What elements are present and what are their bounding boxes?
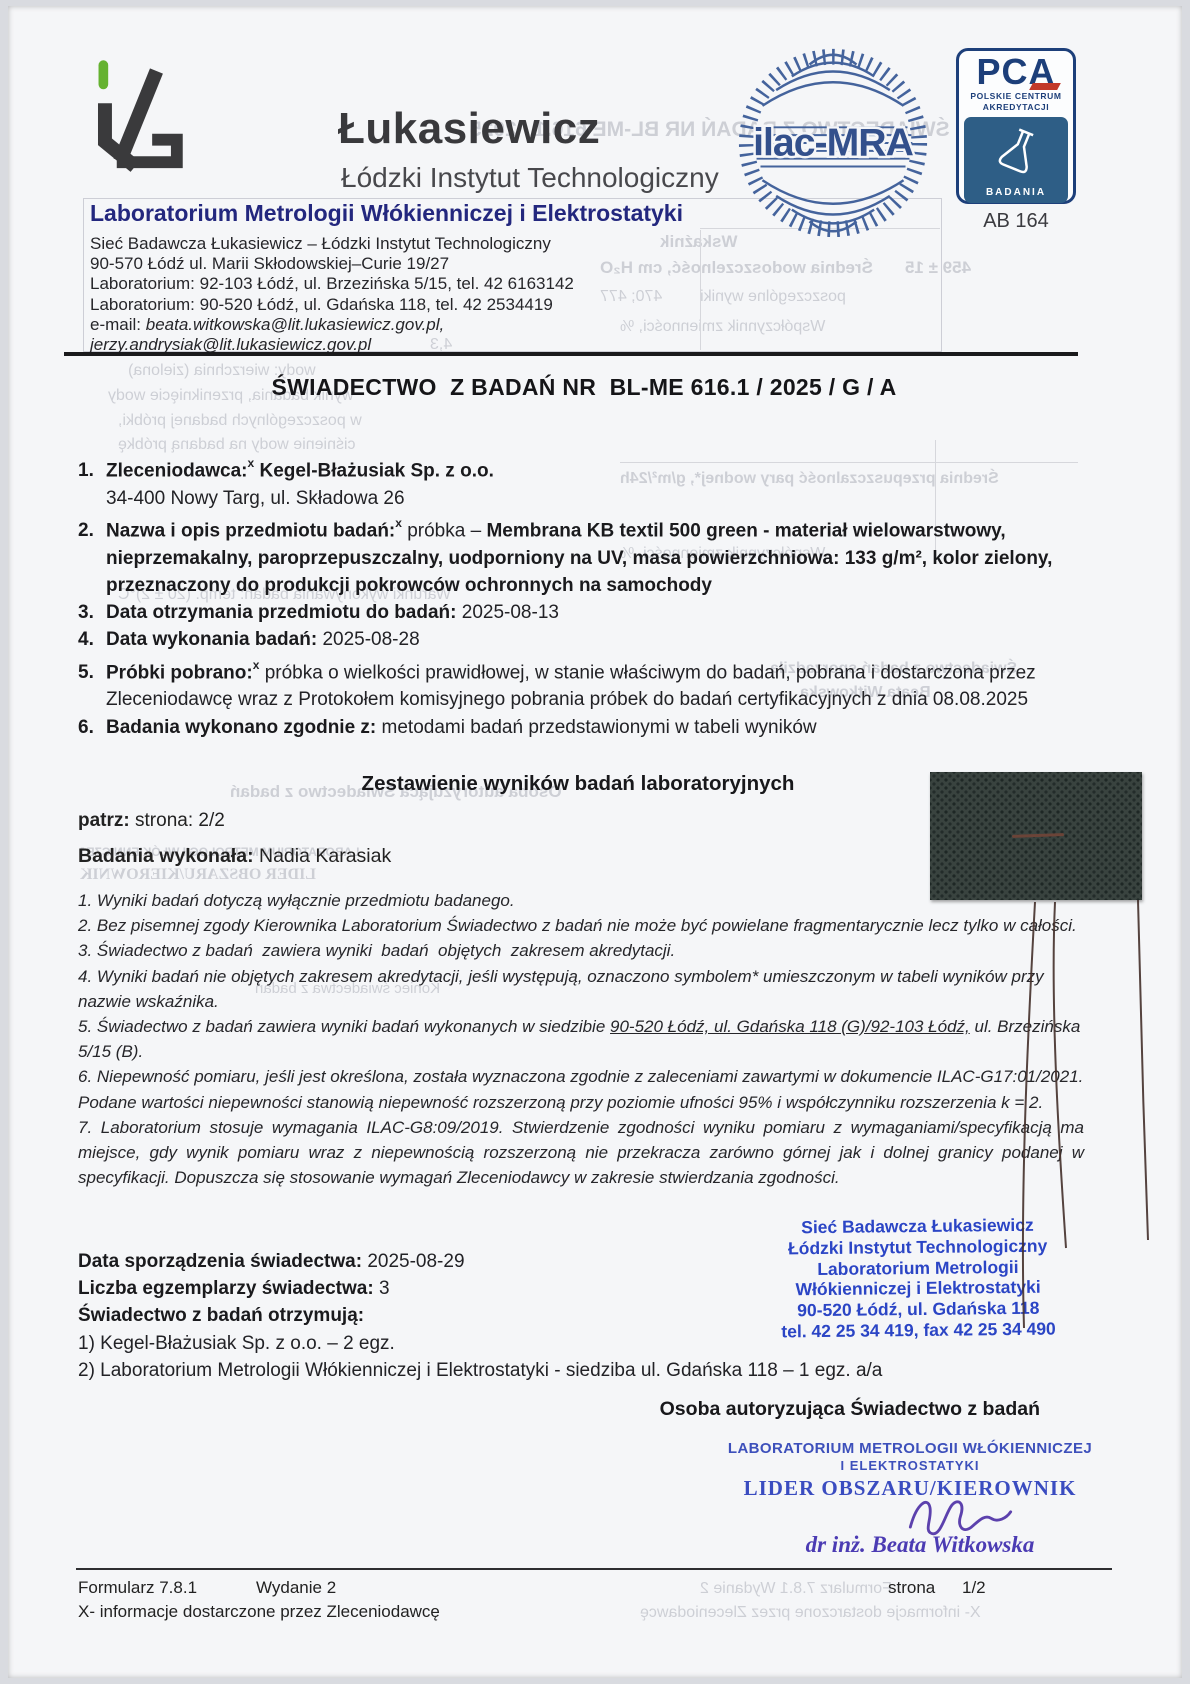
footer-form-number: Formularz 7.8.1 <box>78 1578 197 1598</box>
bleedthrough-text: w poszczególnych badanej próbki, <box>118 412 362 430</box>
address-line: Sieć Badawcza Łukasiewicz – Łódzki Insty… <box>90 234 574 254</box>
footer-edition: Wydanie 2 <box>256 1578 336 1598</box>
stamp-lab-line: LABORATORIUM METROLOGII WŁÓKIENNICZEJ <box>700 1440 1120 1457</box>
pca-red-accent <box>1029 83 1061 90</box>
bleedthrough-text: X- informacje dostarczone przez Zlecenio… <box>640 1604 981 1622</box>
underlined-address: 90-520 Łódź, ul. Gdańska 118 (G)/92-103 … <box>610 1017 970 1036</box>
flask-icon <box>994 123 1044 179</box>
stamp-line: Łódzki Instytut Technologiczny <box>768 1235 1068 1259</box>
pca-badania-panel: BADANIA <box>964 117 1068 203</box>
note-7: 7. Laboratorium stosuje wymagania ILAC-G… <box>78 1115 1084 1191</box>
bleedthrough-text: LIDER OBSZARU/KIEROWNIK <box>80 866 316 884</box>
issue-date-line: Data sporządzenia świadectwa: 2025-08-29 <box>78 1248 882 1275</box>
recipient-2: 2) Laboratorium Metrologii Włókienniczej… <box>78 1357 882 1384</box>
certificate-title: ŚWIADECTWO Z BADAŃ NR BL-ME 616.1 / 2025… <box>78 374 1090 401</box>
performed-by-line: Badania wykonała: Nadia Karasiak <box>78 845 391 868</box>
copies-line: Liczba egzemplarzy świadectwa: 3 <box>78 1275 882 1302</box>
item-przedmiot-badan: 2.Nazwa i opis przedmiotu badań:x próbka… <box>78 512 1078 599</box>
footer-page-label: strona <box>888 1578 935 1598</box>
svg-text:ilac-MRA: ilac-MRA <box>753 122 913 165</box>
footer-page-value: 1/2 <box>962 1578 986 1598</box>
note-3: 3. Świadectwo z badań zawiera wyniki bad… <box>78 938 1084 963</box>
note-5: 5. Świadectwo z badań zawiera wyniki bad… <box>78 1014 1084 1064</box>
lab-address-block: Sieć Badawcza Łukasiewicz – Łódzki Insty… <box>90 234 574 355</box>
header-rule <box>64 352 1078 356</box>
stamp-line: Sieć Badawcza Łukasiewicz <box>767 1214 1067 1238</box>
pca-badania-label: BADANIA <box>964 187 1068 198</box>
pca-acronym: PCA <box>959 53 1073 91</box>
issue-block: Data sporządzenia świadectwa: 2025-08-29… <box>78 1248 882 1384</box>
address-line: 90-570 Łódź ul. Marii Skłodowskiej–Curie… <box>90 254 574 274</box>
see-page-line: patrz: strona: 2/2 <box>78 810 225 832</box>
note-4: 4. Wyniki badań nie objętych zakresem ak… <box>78 964 1084 1014</box>
footer-rule <box>76 1568 1112 1570</box>
fabric-sample <box>930 772 1142 900</box>
email-address: beata.witkowska@lit.lukasiewicz.gov.pl, <box>146 315 445 334</box>
authorizing-person-label: Osoba autoryzująca Świadectwo z badań <box>558 1398 1040 1421</box>
item-data-otrzymania: 3.Data otrzymania przedmiotu do badań: 2… <box>78 599 1078 626</box>
item-zleceniodawca: 1.Zleceniodawca:x Kegel-Błażusiak Sp. z … <box>78 452 1078 512</box>
handwritten-signature <box>903 1490 1018 1538</box>
lab-address-stamp: Sieć Badawcza Łukasiewicz Łódzki Instytu… <box>767 1214 1068 1342</box>
staple <box>1012 833 1064 838</box>
recipients-label: Świadectwo z badań otrzymują: <box>78 1302 882 1329</box>
institute-subtitle: Łódzki Instytut Technologiczny <box>341 162 719 194</box>
pca-logo: PCA POLSKIE CENTRUM AKREDYTACJI BADANIA <box>956 48 1076 204</box>
scanned-certificate-page: ŚWIADECTWO Z BADAŃ NR BL-ME 616.1 / 2025… <box>0 0 1190 1684</box>
accreditation-number: AB 164 <box>956 210 1076 233</box>
lukasiewicz-logo-icon <box>80 56 190 174</box>
lab-name: Laboratorium Metrologii Włókienniczej i … <box>90 200 683 227</box>
address-line: Laboratorium: 90-520 Łódź, ul. Gdańska 1… <box>90 295 574 315</box>
bleedthrough-text: Formularz 7.8.1 Wydanie 2 <box>700 1580 892 1598</box>
stamp-lab-line2: I ELEKTROSTATYKI <box>700 1458 1120 1473</box>
certificate-items: 1.Zleceniodawca:x Kegel-Błażusiak Sp. z … <box>78 452 1078 741</box>
item-data-wykonania: 4.Data wykonania badań: 2025-08-28 <box>78 626 1078 653</box>
email-line: e-mail: beata.witkowska@lit.lukasiewicz.… <box>90 315 574 335</box>
results-heading: Zestawienie wyników badań laboratoryjnyc… <box>78 772 1078 796</box>
item-probki-pobrano: 5.Próbki pobrano:x próbka o wielkości pr… <box>78 654 1078 714</box>
ilac-mra-seal-icon: ilac-MRA <box>735 45 931 241</box>
pca-caption: POLSKIE CENTRUM <box>959 91 1073 102</box>
pca-caption: AKREDYTACJI <box>959 102 1073 113</box>
note-2: 2. Bez pisemnej zgody Kierownika Laborat… <box>78 913 1084 938</box>
stamp-line: tel. 42 25 34 419, fax 42 25 34 490 <box>768 1318 1068 1342</box>
institute-wordmark: Łukasiewicz <box>338 104 600 154</box>
recipient-1: 1) Kegel-Błażusiak Sp. z o.o. – 2 egz. <box>78 1330 882 1357</box>
note-6: 6. Niepewność pomiaru, jeśli jest określ… <box>78 1064 1084 1114</box>
footer-x-note: X- informacje dostarczone przez Zlecenio… <box>78 1602 440 1622</box>
footnotes: 1. Wyniki badań dotyczą wyłącznie przedm… <box>78 888 1084 1190</box>
address-line: Laboratorium: 92-103 Łódź, ul. Brzezińsk… <box>90 274 574 294</box>
item-badania-zgodnie: 6.Badania wykonano zgodnie z: metodami b… <box>78 714 1078 741</box>
